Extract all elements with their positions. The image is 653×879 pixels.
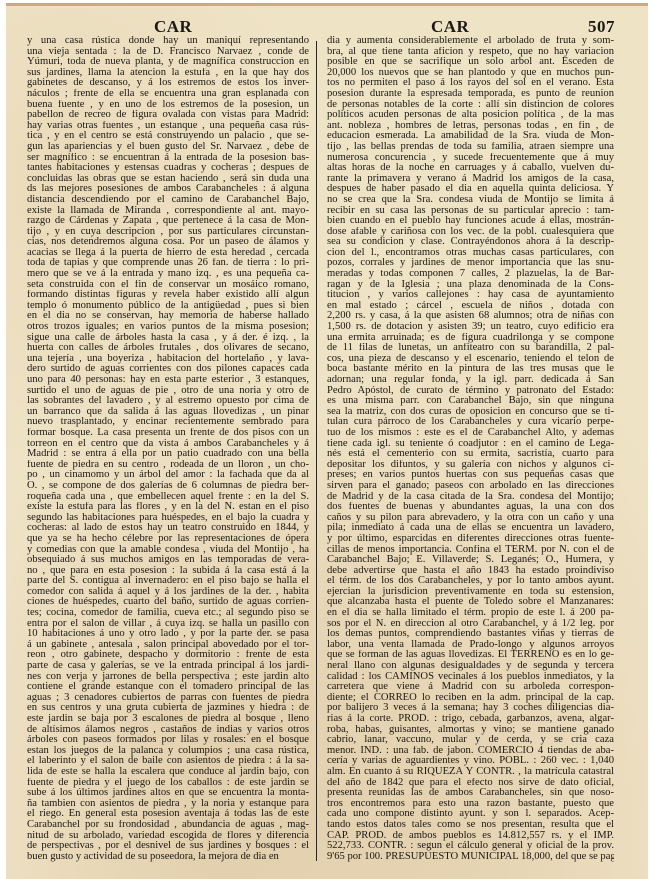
text-line: tos no permiten el paso á los rayos del … [327, 78, 614, 89]
text-line: ciones de huéspedes, cuarto del baño, su… [27, 597, 309, 608]
text-line: ant. nobleza , hombres de letras, person… [327, 121, 614, 132]
text-line: buena fuente , y en uno de los estremos … [27, 100, 309, 111]
text-line: presenta reunidas las de ambos Carabanch… [327, 788, 614, 799]
text-line: roqueña cada una , que embellecen aquel … [27, 492, 309, 503]
text-line: debe advertirse que hasta el año 1843 ha… [327, 566, 614, 577]
text-line: de altísimos álamos negros , castaños de… [27, 725, 309, 736]
text-line: tes; cocina, comedor de familia, cueva e… [27, 608, 309, 619]
text-line: menor. IND. : una fab. de jabon. COMERCI… [327, 746, 614, 757]
text-line: hay varias otras fuentes , un estanque ,… [27, 121, 309, 132]
text-line: tiene cada igl. su teniente ó coadjutor … [327, 439, 614, 450]
text-line: acacias se llega á la puerta de hierro d… [27, 248, 309, 259]
text-line: el térm. de los dos Carabancheles, y por… [327, 576, 614, 587]
text-line: fuente de piedra en su centro , rodeada … [27, 460, 309, 471]
text-line: cería y varias de aguardientes y vino. P… [327, 756, 614, 767]
text-line: por balijero 3 veces á la semana; hay 3 … [327, 703, 614, 714]
text-line: tando estos datos tales como se nos pres… [327, 820, 614, 831]
text-line: preses; en varios puntos huertas con sus… [327, 470, 614, 481]
text-line: que ya se ha hecho célebre por las repre… [27, 534, 309, 545]
text-line: CAP. PROD. de ambos pueblos es 14.812,55… [327, 831, 614, 842]
text-line: obsequiado á sus muchos amigos en las te… [27, 555, 309, 566]
text-line: lida de este se halla la escalera que co… [27, 767, 309, 778]
text-line: fuente de piedra y el juego de los cabal… [27, 778, 309, 789]
text-line: que alcanzaba hasta el puente de Toledo … [327, 597, 614, 608]
text-line: despues de haber pasado el dia en aquell… [327, 184, 614, 195]
text-line: y por último, esparcidas en diferentes d… [327, 534, 614, 545]
right-running-title: CAR [431, 17, 469, 37]
text-line: formar bosque. La casa presenta un frent… [27, 428, 309, 439]
text-line: seta construida con el fin de conservar … [27, 280, 309, 291]
text-line: á un gabinete , antesala , salon princip… [27, 640, 309, 651]
text-line: boca bastante mérito en la pintura de la… [327, 364, 614, 375]
text-line: rias á la corte. PROD. : trigo, cebada, … [327, 714, 614, 725]
text-line: parte de casa y galerías, se ve la entra… [27, 661, 309, 672]
text-line: tica , y en el centro se está construyen… [27, 131, 309, 142]
text-line: carretera que viene á Madrid con su arbo… [327, 682, 614, 693]
text-line: dos fuentes de buenas y abundantes aguas… [327, 502, 614, 513]
text-line: pabellon de recreo de figura ovalada con… [27, 110, 309, 121]
text-line: náculos ; frente de ella se encuentra un… [27, 89, 309, 100]
text-line: no se crea que la Sra. condesa viuda de … [327, 195, 614, 206]
text-line: sirven para el ganado; paseos con arbola… [327, 481, 614, 492]
column-divider [316, 41, 317, 861]
text-line: recibir en su casa las personas de su pa… [327, 206, 614, 217]
text-line: una vieja sentada : la de D. Francisco N… [27, 47, 309, 58]
text-line: 9'65 por 100. PRESUPUESTO MUNICIPAL 18,0… [327, 852, 614, 863]
text-line: dia y aumenta considerablemente el arbol… [327, 36, 614, 47]
text-line: tros encontremos para esto una razon bas… [327, 799, 614, 810]
text-line: comedor con salida á aquel y á los jardi… [27, 587, 309, 598]
text-line: parte del S. contigua al invernadero: en… [27, 576, 309, 587]
text-line: bien cuando en el pueblo hay funciones a… [327, 216, 614, 227]
text-line: aguas ; 3 cenadores cubiertos de parras … [27, 693, 309, 704]
text-line: torreon en el centro que da vista á ambo… [27, 439, 309, 450]
text-line: ragan y de la Iglesia ; una plaza denomi… [327, 280, 614, 291]
text-line: y comedias con que la amable condesa , v… [27, 545, 309, 556]
text-line: árboles con paseos formados por lilas y … [27, 735, 309, 746]
text-line: segundo las habitaciones para huéspedes,… [27, 513, 309, 524]
text-line: cion del l., encontramos otras muchas ca… [327, 248, 614, 259]
text-line: existe la estufa para las flores , y en … [27, 502, 309, 513]
text-line: O. , se compone de dos galerías de 6 col… [27, 481, 309, 492]
text-line: nes con verja y jarrones de bella perspe… [27, 672, 309, 683]
text-line: gun las apariencias y el buen gusto del … [27, 142, 309, 153]
text-line: concluidas las obras que se estan hacien… [27, 174, 309, 185]
text-line: 2,200 rs. y casa, á la que asisten 68 al… [327, 311, 614, 322]
text-line: tulan cura párroco de los Carabancheles … [327, 417, 614, 428]
text-line: contiene el grande estanque con el tomad… [27, 682, 309, 693]
text-line: tijo , las bellas prendas de toda su fam… [327, 142, 614, 153]
text-line: roba, habas, guisantes, almortas y vino;… [327, 725, 614, 736]
text-line: cada uno compone distinto ayunt. y son l… [327, 809, 614, 820]
text-line: cias, nos detendremos alguna cosa. Por u… [27, 237, 309, 248]
text-line: de 11 filas de lunetas, un anfiteatro co… [327, 343, 614, 354]
text-line: depositar los difuntos, y su galería con… [327, 460, 614, 471]
text-line: sea su condicion y clase. Contrayéndonos… [327, 237, 614, 248]
text-line: caños y su pilon para abrevadero, y la o… [327, 513, 614, 524]
text-line: pozos, corrales y jardines de menor impo… [327, 258, 614, 269]
text-line: distancia descendiendo por el camino de … [27, 195, 309, 206]
text-line: 1,500 rs. de dotacion y asisten 39; un t… [327, 322, 614, 333]
text-line: po , un cinamomo y un árbol del amor : l… [27, 470, 309, 481]
text-line: Carabanchel Bajo; E. Villaverde; S. Lega… [327, 555, 614, 566]
running-header: CAR CAR 507 [6, 17, 648, 35]
text-line: ser magnífico : se encuentran á la entra… [27, 153, 309, 164]
right-text-column: dia y aumenta considerablemente el arbol… [327, 36, 614, 862]
text-line: buen gusto y actividad de su poseedora, … [27, 852, 309, 863]
text-line: uno para 40 personas: hay en esta parte … [27, 375, 309, 386]
text-line: 20,000 los nuevos que se han plantodo y … [327, 68, 614, 79]
text-line: posible en que se sacrifique un solo arb… [327, 57, 614, 68]
text-line: 522,733. CONTR. : segun el cálculo gener… [327, 841, 614, 852]
text-line: 10 habitaciones á uno y otro lado , y po… [27, 629, 309, 640]
text-line: pila; inmediato á cada una de ellas se e… [327, 523, 614, 534]
text-line: titucion , y varios callejones : hay cas… [327, 290, 614, 301]
left-running-title: CAR [154, 17, 192, 37]
text-line: templo ó monumento público de la antigüe… [27, 301, 309, 312]
text-line: sube á los últimos jardines altos en que… [27, 788, 309, 799]
text-line: en el dia no se conservan, hay memoria d… [27, 311, 309, 322]
text-line: este jardin se baja por 3 escalones de p… [27, 714, 309, 725]
text-line: huerta con calles de árboles frutales , … [27, 343, 309, 354]
text-line: de perspectivas , por el desnivel de sus… [27, 841, 309, 852]
text-line: toda de tapias y que comprende unas 26 f… [27, 258, 309, 269]
text-line: no , que para en esta posesion : la subi… [27, 566, 309, 577]
text-line: altas horas de la noche en carruages y á… [327, 163, 614, 174]
text-line: meradas y todas componen 7 calles, 2 pla… [327, 269, 614, 280]
text-line: un barranco que da salida á las aguas ll… [27, 407, 309, 418]
text-line: en sus centros y una gruta cubierta de j… [27, 703, 309, 714]
text-line: cos, una pieza de descanso y el escenari… [327, 354, 614, 365]
scanned-page: CAR CAR 507 y una casa rústica donde hay… [6, 3, 648, 879]
text-line: existe la llamada de Miranda , correspon… [27, 206, 309, 217]
text-line: dero surtido de aguas corrientes con dos… [27, 364, 309, 375]
text-line: mero que se ve á la entrada y mano izq. … [27, 269, 309, 280]
text-line: el laberinto y el salon de baile con asi… [27, 756, 309, 767]
text-line: tuo de los mismos : este es el de Caraba… [327, 428, 614, 439]
text-line: ejercian la jurisdicion preventivamente … [327, 587, 614, 598]
text-line: ña tambien con asientos de piedra , y la… [27, 799, 309, 810]
text-line: Yúmuri, toda de nueva planta, y de magní… [27, 57, 309, 68]
text-line: ds las mejores posesiones de ambos Carab… [27, 184, 309, 195]
text-line: del año de 1842 que para el efecto nos s… [327, 778, 614, 789]
text-line: diente; el CORREO lo reciben en la adm. … [327, 693, 614, 704]
text-line: calidad : los CAMINOS vecinales á los pu… [327, 672, 614, 683]
text-line: nés está el cementerio con su ermita, sa… [327, 449, 614, 460]
text-line: es una misma parr. con Carabanchel Bajo,… [327, 396, 614, 407]
text-line: neral llano con algunas desigualdades y … [327, 661, 614, 672]
text-line: tijo , y en cuya descripcion , por sus p… [27, 227, 309, 238]
text-line: reon , otro gabinete, despacho y dormito… [27, 650, 309, 661]
text-line: sus jardines, llama la atencion la estuf… [27, 68, 309, 79]
text-line: de Madrid y de la casa citada de la Sra.… [327, 492, 614, 503]
text-line: nuevo trasplantado, y encinar recienteme… [27, 417, 309, 428]
left-text-column: y una casa rústica donde hay un maniquí … [27, 36, 309, 862]
text-line: que se forman de las aguas llovedizas. E… [327, 650, 614, 661]
text-line: cabrio, lanar, vaccuno, mular y de cerda… [327, 735, 614, 746]
text-line: una tejería , una boyeriza , habitacion … [27, 354, 309, 365]
text-line: Carabanchel por su frondosidad , abundan… [27, 820, 309, 831]
text-line: cillas de menos importancia. Confina el … [327, 545, 614, 556]
text-line: el riego. En general esta posesion avent… [27, 809, 309, 820]
text-line: Pedro Apóstol, de curato de término y pa… [327, 386, 614, 397]
text-line: dose afable y cariñosa con los vec. de l… [327, 227, 614, 238]
text-line: sos por el N. en direccion al otro Carab… [327, 619, 614, 630]
text-line: una ermita arruinada; es de figura cuadr… [327, 333, 614, 344]
text-line: gabinetes de descanso, y á los estremos … [27, 78, 309, 89]
text-line: adornan; una regular fonda, y la igl. pa… [327, 375, 614, 386]
text-line: cocheras: al lado de estos hay un teatro… [27, 523, 309, 534]
text-line: surtido el uno de aguas de pie , otro de… [27, 386, 309, 397]
text-line: las sobrantes del lavadero , y al estrem… [27, 396, 309, 407]
text-line: Madrid : se entra á ella por un patio cu… [27, 449, 309, 460]
text-line: estan los juegos de la palanca y columpi… [27, 746, 309, 757]
text-line: labor, una venta llamada de Prado-longo … [327, 640, 614, 651]
text-line: bra, al que tiene tanta aficion y respet… [327, 47, 614, 58]
text-line: políticos acuden personas de alta posici… [327, 110, 614, 121]
text-line: sea la matriz, con dos curas de oposicio… [327, 407, 614, 418]
text-line: otros trozos iguales; en varios puntos d… [27, 322, 309, 333]
text-line: nitud de su arbolado, variedad escogida … [27, 831, 309, 842]
text-line: alm. En cuanto á su RIQUEZA Y CONTR. , l… [327, 767, 614, 778]
text-line: sigue una calle de árboles hasta la casa… [27, 333, 309, 344]
page-number: 507 [588, 17, 615, 37]
text-line: formando distintas figuras y revela habe… [27, 290, 309, 301]
text-line: en el dia se halla limitado el térm. pro… [327, 608, 614, 619]
text-line: educacion esmerada. La amabilidad de la … [327, 131, 614, 142]
text-line: tantes habitaciones y estensas cuadras y… [27, 163, 309, 174]
text-line: razgo de Cárdenas y Zapata , que pertene… [27, 216, 309, 227]
text-line: de personas notables de la corte : allí … [327, 100, 614, 111]
text-line: posesion durante la espresada temporada,… [327, 89, 614, 100]
text-line: y una casa rústica donde hay un maniquí … [27, 36, 309, 47]
text-line: los demas puntos, comprendiendo bastante… [327, 629, 614, 640]
text-line: entra por el salon de villar , á cuya iz… [27, 619, 309, 630]
text-line: rante la primavera y verano á Madrid los… [327, 174, 614, 185]
text-line: numerosa concurencia , y sucede frecuent… [327, 153, 614, 164]
text-line: en mal estado ; cárcel , escuela de niño… [327, 301, 614, 312]
